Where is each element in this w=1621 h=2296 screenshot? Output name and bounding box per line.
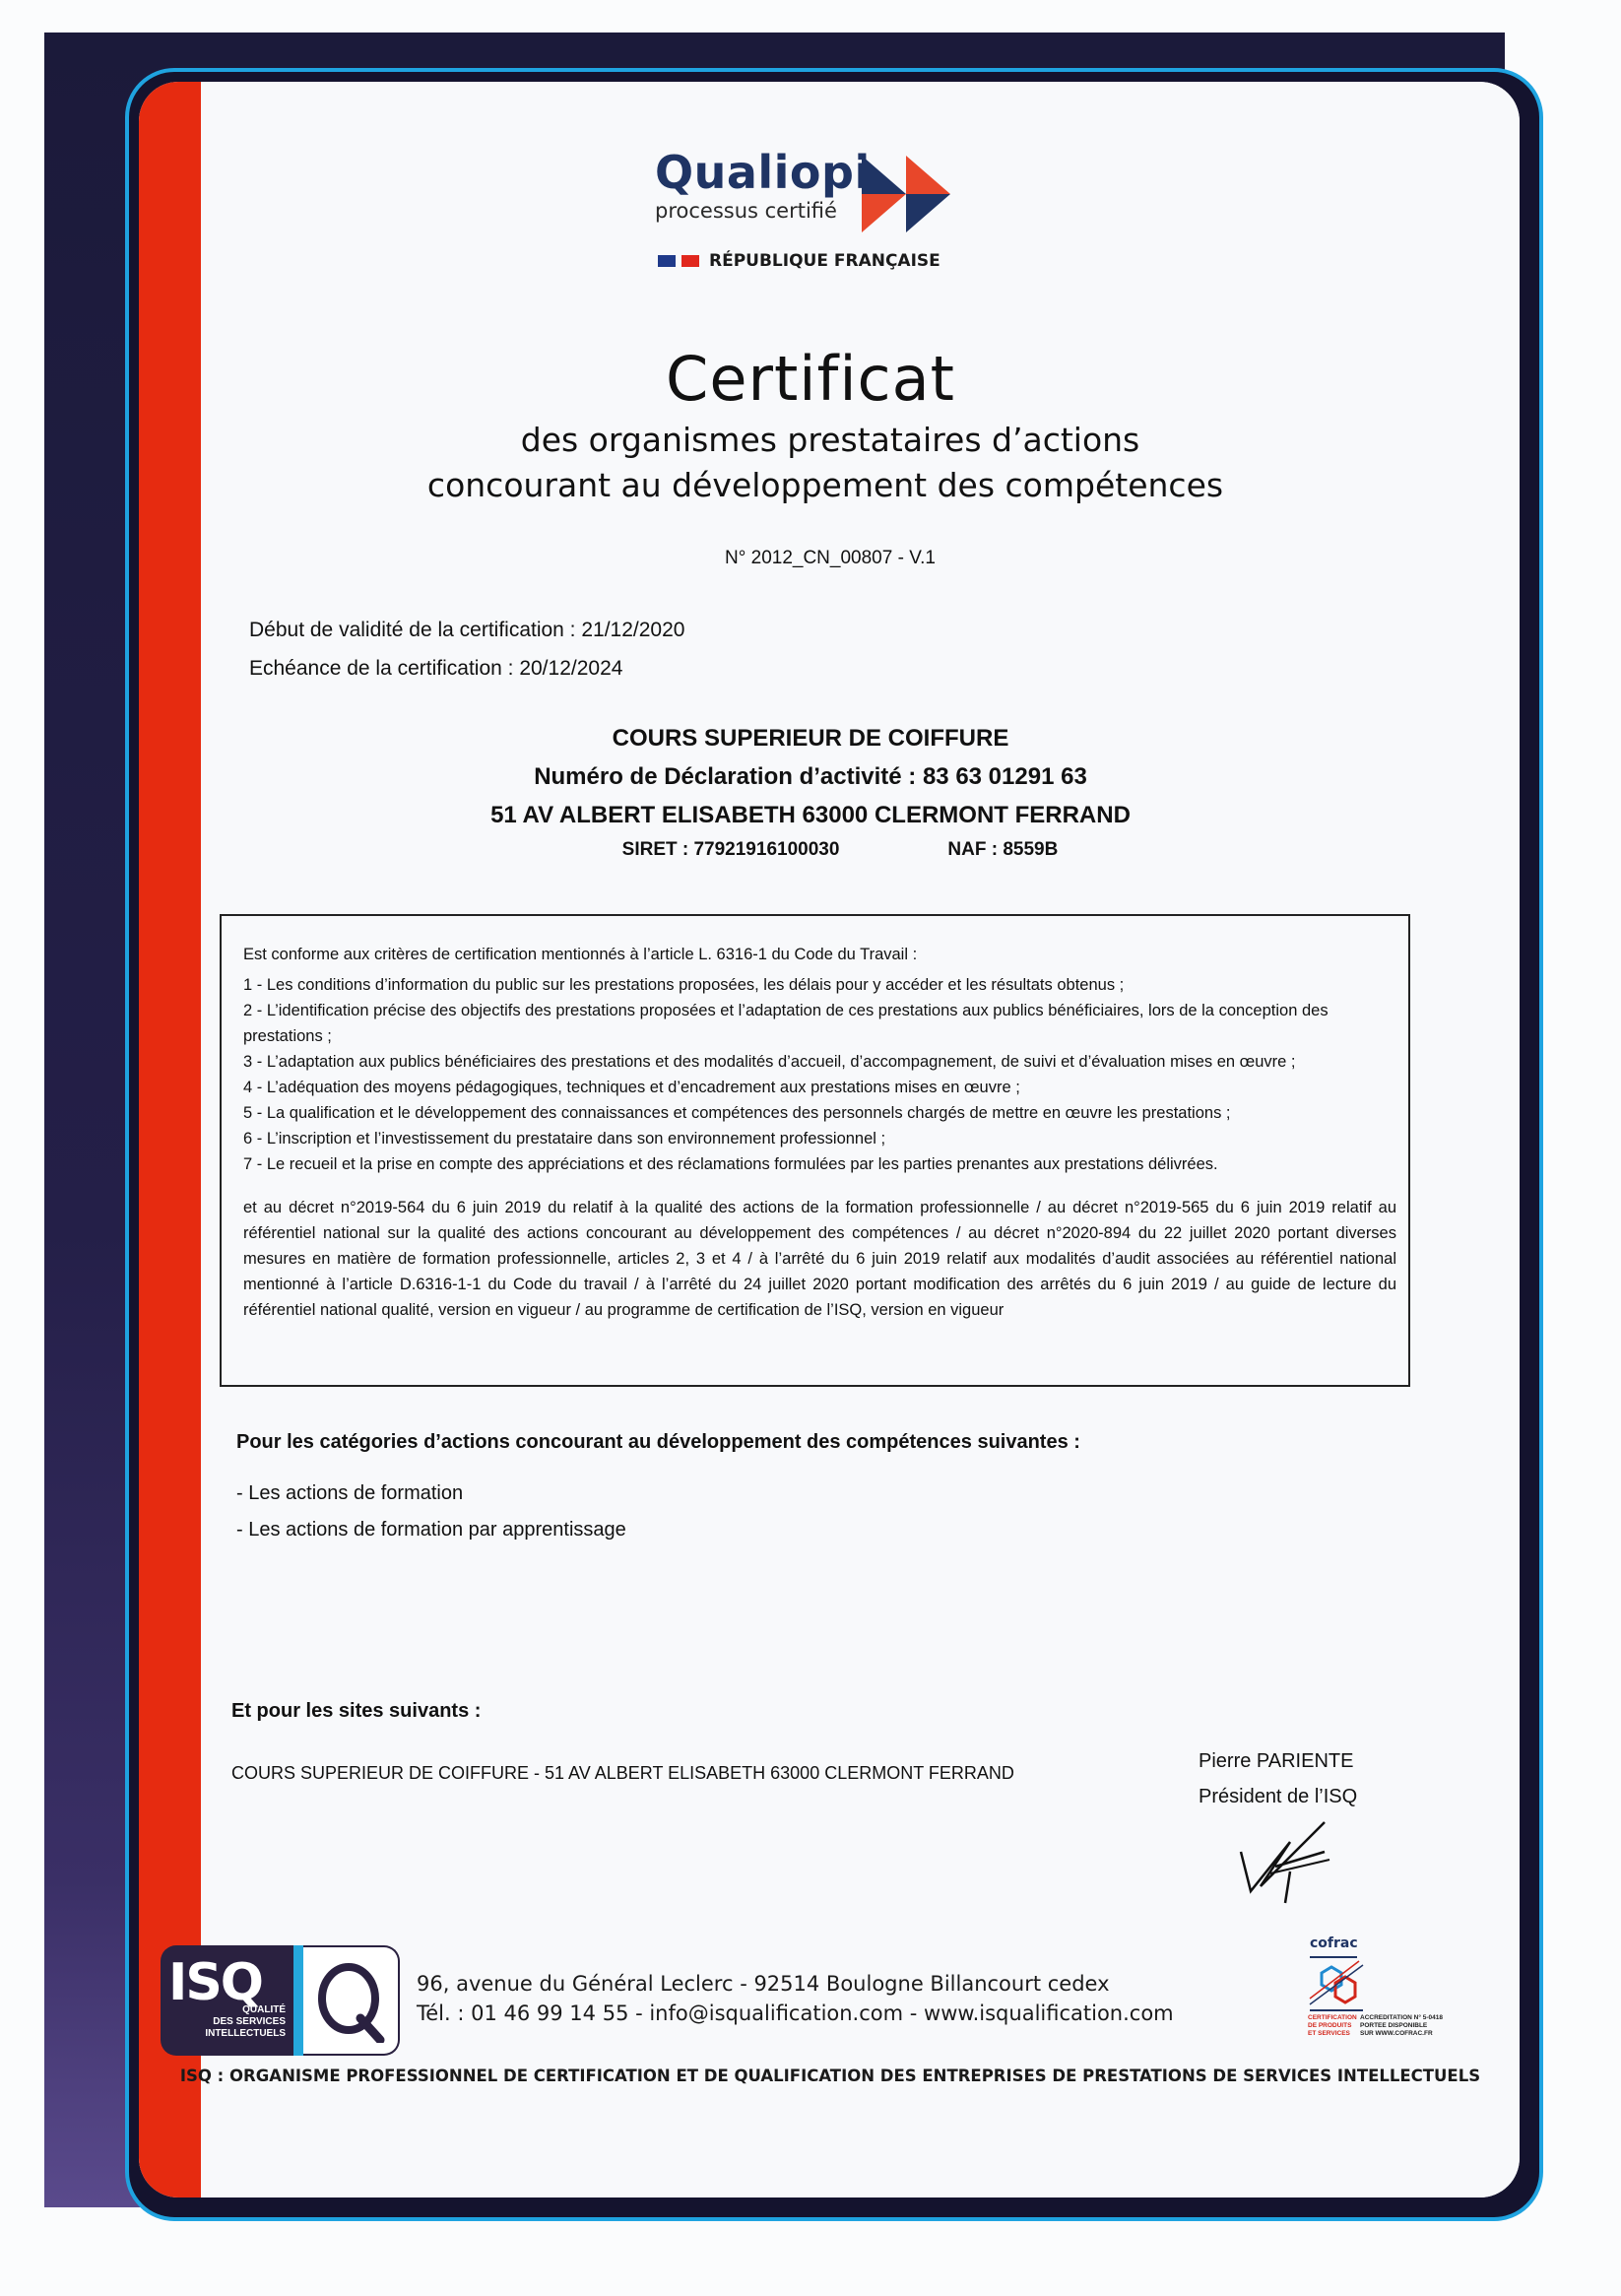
qualiopi-logo: Qualiopi processus certifié (655, 148, 950, 223)
isq-logo-q-panel (303, 1945, 400, 2056)
cofrac-logo: cofrac CERTIFICATION DE PRODUITS ET SERV… (1303, 1935, 1470, 2044)
criteria-item: 1 - Les conditions d’information du publ… (243, 972, 1396, 998)
isq-logo-text: ISQ (168, 1953, 262, 2012)
criteria-decrees: et au décret n°2019-564 du 6 juin 2019 d… (243, 1195, 1396, 1323)
criteria-item: 6 - L’inscription et l’investissement du… (243, 1126, 1396, 1151)
criteria-item: 7 - Le recueil et la prise en compte des… (243, 1151, 1396, 1177)
criteria-item: 4 - L’adéquation des moyens pédagogiques… (243, 1075, 1396, 1100)
certificate-subtitle-2: concourant au développement des compéten… (15, 466, 1621, 504)
category-item: - Les actions de formation par apprentis… (236, 1512, 1080, 1548)
criteria-intro: Est conforme aux critères de certificati… (243, 942, 1396, 967)
action-categories: Pour les catégories d’actions concourant… (236, 1431, 1080, 1548)
criteria-item: 3 - L’adaptation aux publics bénéficiair… (243, 1049, 1396, 1075)
flag-blue-icon (658, 255, 676, 267)
cofrac-name: cofrac (1310, 1935, 1470, 1951)
cofrac-caption: CERTIFICATION DE PRODUITS ET SERVICES (1308, 2014, 1357, 2038)
signatory-block: Pierre PARIENTE Président de l’ISQ (1199, 1743, 1357, 1814)
signatory-role: Président de l’ISQ (1199, 1779, 1357, 1814)
certificate-subtitle-1: des organismes prestataires d’actions (20, 421, 1621, 459)
organization-name: COURS SUPERIEUR DE COIFFURE (0, 719, 1621, 757)
republique-francaise-label: RÉPUBLIQUE FRANÇAISE (709, 251, 940, 271)
organization-address: 51 AV ALBERT ELISABETH 63000 CLERMONT FE… (0, 796, 1621, 834)
flag-red-icon (681, 255, 699, 267)
isq-contact: 96, avenue du Général Leclerc - 92514 Bo… (417, 1969, 1174, 2028)
criteria-item: 5 - La qualification et le développement… (243, 1100, 1396, 1126)
isq-address: 96, avenue du Général Leclerc - 92514 Bo… (417, 1969, 1174, 1999)
signatory-name: Pierre PARIENTE (1199, 1743, 1357, 1779)
isq-tagline: ISQ : ORGANISME PROFESSIONNEL DE CERTIFI… (20, 2066, 1621, 2085)
isq-logo: ISQ QUALITÉ DES SERVICES INTELLECTUELS (161, 1945, 402, 2056)
signature-icon (1231, 1812, 1349, 1906)
categories-heading: Pour les catégories d’actions concourant… (236, 1431, 1080, 1454)
cofrac-hexagon-icon (1308, 1955, 1367, 2012)
republique-francaise-mark: RÉPUBLIQUE FRANÇAISE (658, 251, 940, 271)
isq-logo-subtext: QUALITÉ DES SERVICES INTELLECTUELS (205, 2004, 286, 2040)
sites-heading: Et pour les sites suivants : (231, 1700, 481, 1723)
validity-start: Début de validité de la certification : … (249, 611, 684, 649)
site-item: COURS SUPERIEUR DE COIFFURE - 51 AV ALBE… (231, 1763, 1014, 1784)
validity-block: Début de validité de la certification : … (249, 611, 684, 688)
category-item: - Les actions de formation (236, 1476, 1080, 1512)
certificate-title: Certificat (0, 343, 1621, 415)
qualiopi-arrows-icon (862, 156, 950, 232)
naf-code: NAF : 8559B (947, 834, 1058, 866)
validity-end: Echéance de la certification : 20/12/202… (249, 649, 684, 688)
isq-q-icon (315, 1959, 386, 2043)
siret-number: SIRET : 77921916100030 (622, 834, 840, 866)
criteria-item: 2 - L’identification précise des objecti… (243, 998, 1396, 1049)
cofrac-accreditation: ACCREDITATION N° 5-0418 PORTEE DISPONIBL… (1360, 2014, 1443, 2038)
declaration-number: Numéro de Déclaration d’activité : 83 63… (0, 757, 1621, 796)
organization-block: COURS SUPERIEUR DE COIFFURE Numéro de Dé… (0, 719, 1621, 866)
criteria-box: Est conforme aux critères de certificati… (220, 914, 1410, 1387)
isq-phone-email-web: Tél. : 01 46 99 14 55 - info@isqualifica… (417, 1999, 1174, 2028)
isq-logo-stripe (293, 1945, 303, 2056)
certificate-number: N° 2012_CN_00807 - V.1 (20, 548, 1621, 569)
isq-logo-dark: ISQ QUALITÉ DES SERVICES INTELLECTUELS (161, 1945, 293, 2056)
